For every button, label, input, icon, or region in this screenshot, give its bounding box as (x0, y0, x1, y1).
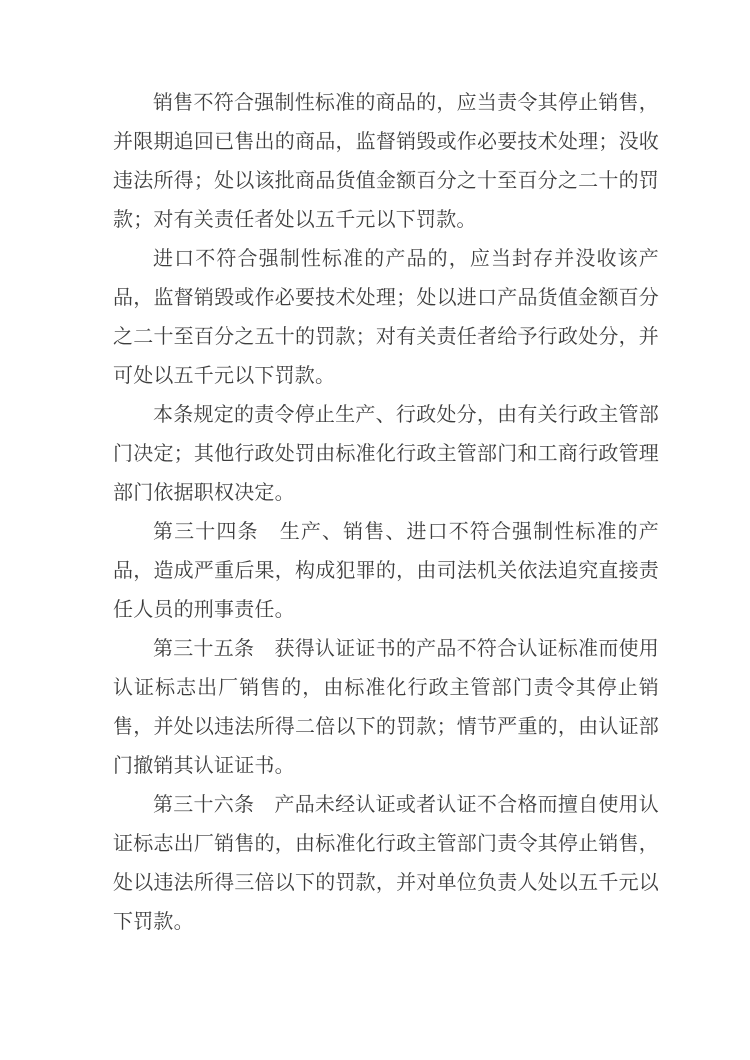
document-paragraph-sale-penalty: 销售不符合强制性标准的商品的，应当责令其停止销售，并限期追回已售出的商品，监督销… (113, 84, 659, 240)
document-body: 销售不符合强制性标准的商品的，应当责令其停止销售，并限期追回已售出的商品，监督销… (113, 84, 659, 942)
document-page: 销售不符合强制性标准的商品的，应当责令其停止销售，并限期追回已售出的商品，监督销… (0, 0, 750, 1060)
document-paragraph-authority-decision: 本条规定的责令停止生产、行政处分，由有关行政主管部门决定；其他行政处罚由标准化行… (113, 396, 659, 513)
document-paragraph-article-35: 第三十五条 获得认证证书的产品不符合认证标准而使用认证标志出厂销售的，由标准化行… (113, 630, 659, 786)
document-paragraph-article-34: 第三十四条 生产、销售、进口不符合强制性标准的产品，造成严重后果，构成犯罪的，由… (113, 513, 659, 630)
document-paragraph-import-penalty: 进口不符合强制性标准的产品的，应当封存并没收该产品，监督销毁或作必要技术处理；处… (113, 240, 659, 396)
document-paragraph-article-36: 第三十六条 产品未经认证或者认证不合格而擅自使用认证标志出厂销售的，由标准化行政… (113, 786, 659, 942)
